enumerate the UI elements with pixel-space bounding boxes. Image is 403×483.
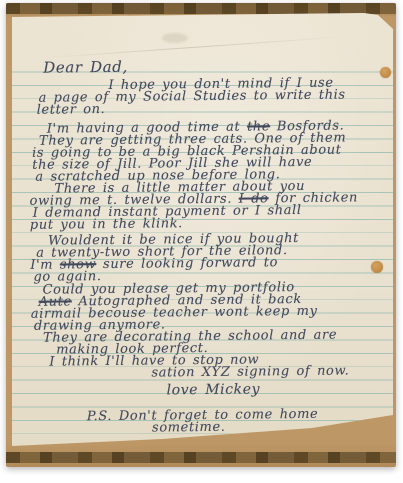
handwriting-text: sation XYZ signing of now. [151,363,349,380]
handwriting-text: Dear Dad, [43,58,128,77]
letter-line: love Mickey [167,381,261,398]
letter-line: Dear Dad, [43,58,128,77]
scrapbook-edge-top [6,3,396,14]
letter-line: put you in the klink. [30,216,183,233]
scanned-letter-photo: Dear Dad,I hope you don't mind if I usea… [6,3,396,467]
letter-line: sometime. [152,420,226,436]
letter-line: sation XYZ signing of now. [151,363,349,380]
adhesive-dot-top [380,67,391,78]
handwriting-text: love Mickey [167,381,261,398]
handwriting-text: letter on. [37,102,106,118]
notebook-paper: Dear Dad,I hope you don't mind if I usea… [12,13,393,457]
handwriting-text: sure looking forward to [96,255,278,272]
handwriting-text: sometime. [152,420,226,436]
letter-line: letter on. [37,102,106,118]
letter-lines: Dear Dad,I hope you don't mind if I usea… [10,11,396,459]
adhesive-dot-middle [371,261,383,273]
screenshot-canvas: Dear Dad,I hope you don't mind if I usea… [0,0,403,483]
handwriting-text: put you in the klink. [30,216,183,233]
scrapbook-edge-bottom [6,452,396,463]
